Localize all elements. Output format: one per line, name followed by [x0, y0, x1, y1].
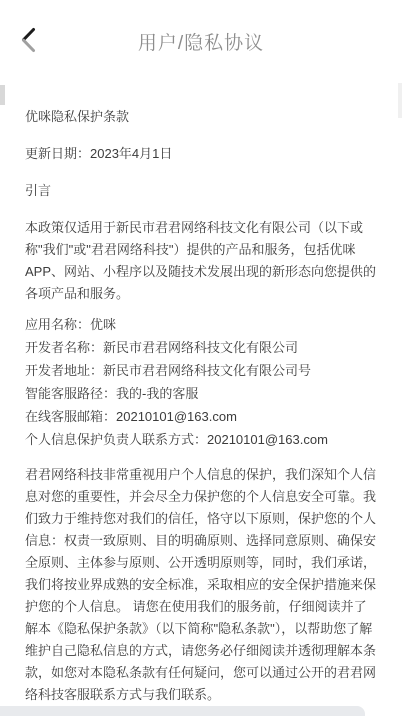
- next-section-top-band: [0, 706, 365, 716]
- online-service-email-line: 在线客服邮箱：20210101@163.com: [25, 405, 377, 428]
- paragraph-scope: 本政策仅适用于新民市君君网络科技文化有限公司（以下或称"我们"或"君君网络科技"…: [25, 217, 377, 305]
- app-name-line: 应用名称：优咪: [25, 313, 377, 336]
- right-scroll-artifact: [398, 83, 402, 118]
- page-title: 用户/隐私协议: [0, 28, 402, 55]
- left-edge-artifact: [0, 85, 5, 105]
- document-title: 优咪隐私保护条款: [25, 106, 377, 128]
- privacy-contact-line: 个人信息保护负责人联系方式：20210101@163.com: [25, 428, 377, 451]
- paragraph-privacy: 君君网络科技非常重视用户个人信息的保护，我们深知个人信息对您的重要性，并会尽全力…: [25, 464, 377, 706]
- developer-name-line: 开发者名称：新民市君君网络科技文化有限公司: [25, 336, 377, 359]
- navbar: 用户/隐私协议: [0, 0, 402, 80]
- update-date: 更新日期：2023年4月1日: [25, 143, 377, 165]
- section-heading-intro: 引言: [25, 180, 377, 202]
- developer-address-line: 开发者地址：新民市君君网络科技文化有限公司号: [25, 359, 377, 382]
- app-info-block: 应用名称：优咪 开发者名称：新民市君君网络科技文化有限公司 开发者地址：新民市君…: [25, 313, 377, 451]
- privacy-agreement-screen: 用户/隐私协议 优咪隐私保护条款 更新日期：2023年4月1日 引言 本政策仅适…: [0, 0, 402, 716]
- smart-service-path-line: 智能客服路径：我的-我的客服: [25, 382, 377, 405]
- policy-content: 优咪隐私保护条款 更新日期：2023年4月1日 引言 本政策仅适用于新民市君君网…: [0, 80, 402, 706]
